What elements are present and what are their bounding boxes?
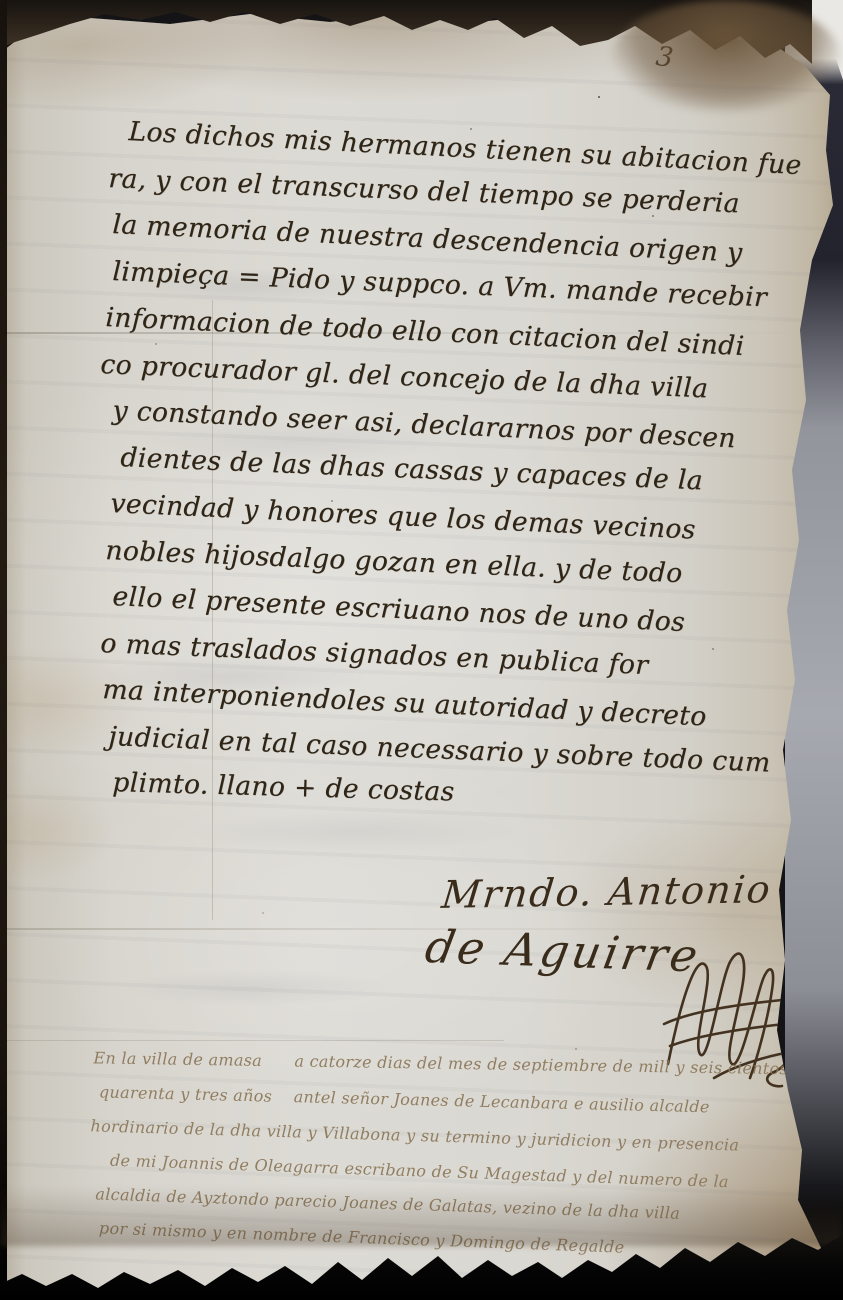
manuscript-photo: 3 Los dichos mis hermanos tienen su abit…: [0, 0, 843, 1300]
stain-top-right: [612, 0, 840, 112]
burn-halo: [0, 1186, 843, 1246]
binding-gutter-edge: [0, 0, 7, 1300]
fold-crease: [4, 1040, 504, 1041]
manuscript-page: 3 Los dichos mis hermanos tienen su abit…: [0, 0, 843, 1300]
petition-text-block: Los dichos mis hermanos tienen su abitac…: [128, 116, 828, 814]
signature-name-line1: Mrndo. Antonio: [440, 867, 774, 917]
signature-block: Mrndo. Antonio de Aguirre: [442, 870, 772, 979]
